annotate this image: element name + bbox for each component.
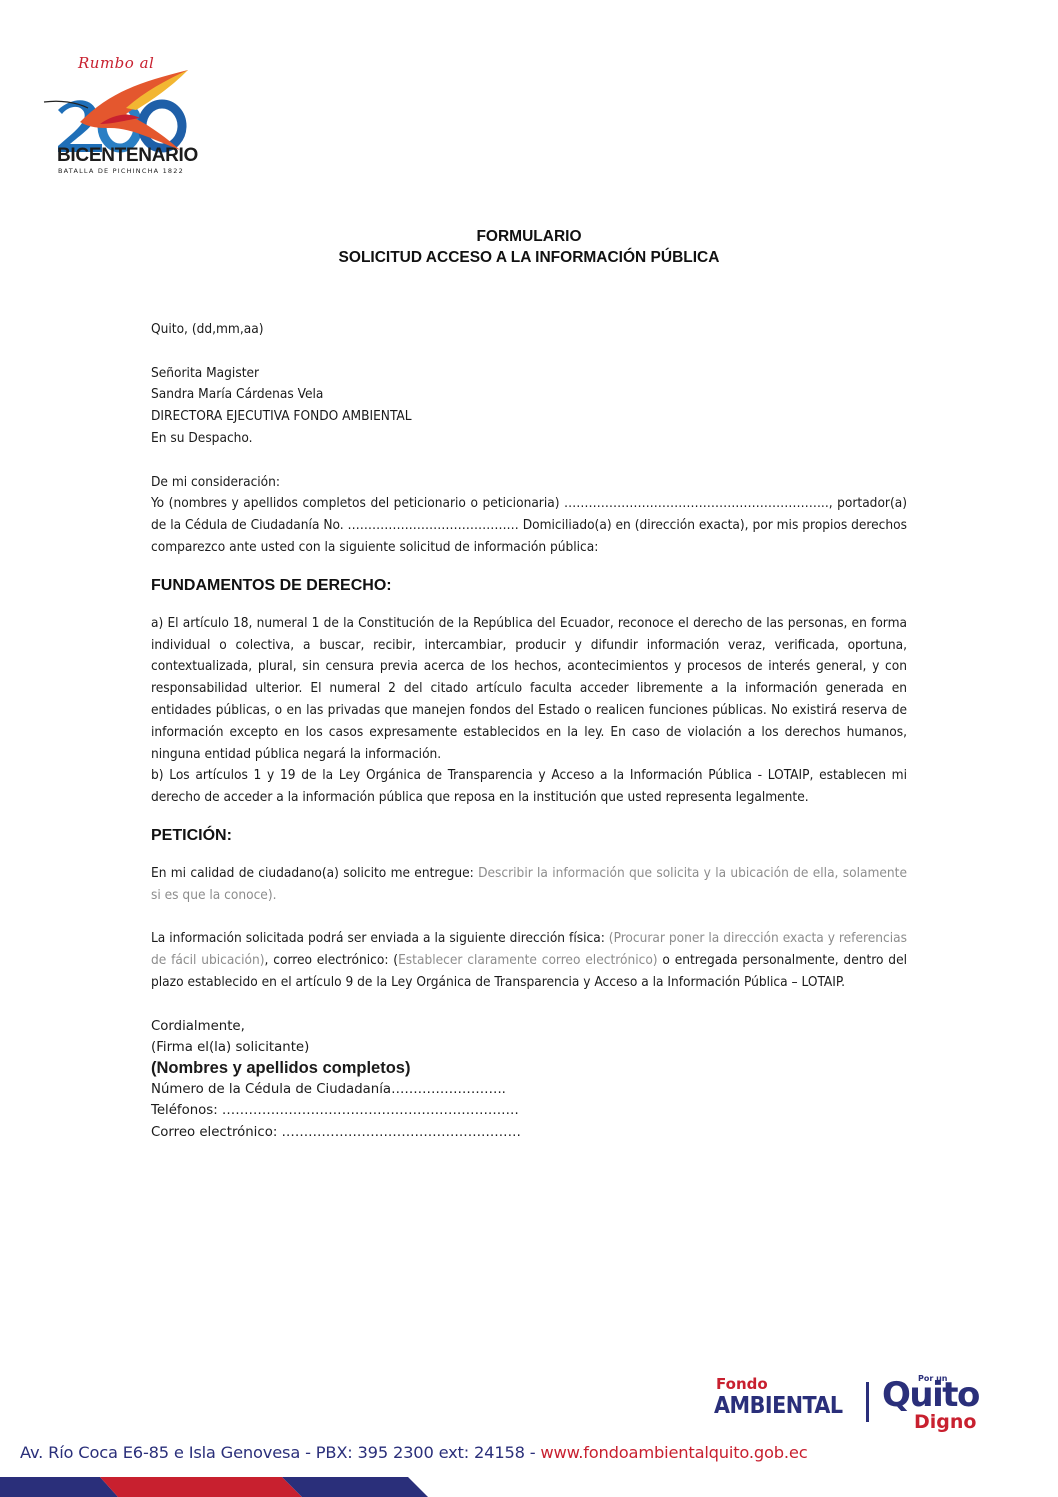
document-title: FORMULARIO SOLICITUD ACCESO A LA INFORMA… <box>0 226 1058 268</box>
signature-block: Cordialmente, (Firma el(la) solicitante)… <box>151 1016 907 1143</box>
footer-website-link[interactable]: www.fondoambientalquito.gob.ec <box>540 1443 807 1462</box>
footer-address: Av. Río Coca E6-85 e Isla Genovesa - PBX… <box>20 1443 807 1462</box>
bicentenario-logo: Rumbo al BICENTENARIO BATALLA DE PICHINC… <box>40 52 195 177</box>
peticion-heading: PETICIÓN: <box>151 821 907 851</box>
intro-paragraph: Yo (nombres y apellidos completos del pe… <box>151 493 907 558</box>
footer-stripe-decoration <box>0 1477 440 1497</box>
quito-digno-logo: Quito Por un Digno <box>880 1373 995 1435</box>
date-line: Quito, (dd,mm,aa) <box>151 319 907 341</box>
delivery-paragraph: La información solicitada podrá ser envi… <box>151 928 907 993</box>
signature-closing: Cordialmente, <box>151 1016 907 1037</box>
title-line-1: FORMULARIO <box>0 226 1058 247</box>
signature-sign-label: (Firma el(la) solicitante) <box>151 1037 907 1058</box>
recipient-salutation: Señorita Magister <box>151 363 907 385</box>
title-line-2: SOLICITUD ACCESO A LA INFORMACIÓN PÚBLIC… <box>0 247 1058 268</box>
recipient-closing: En su Despacho. <box>151 428 907 450</box>
logo-divider <box>866 1382 869 1422</box>
quito-logo-small: Por un <box>918 1374 947 1383</box>
fondo-logo-line-1: Fondo <box>716 1375 768 1393</box>
signature-phone-line: Teléfonos: …………………………………………………………. <box>151 1100 907 1121</box>
signature-name-label: (Nombres y apellidos completos) <box>151 1058 907 1079</box>
delivery-mid: , correo electrónico: ( <box>265 952 399 968</box>
logo-title: BICENTENARIO <box>57 145 198 167</box>
fundamentos-paragraph-b: b) Los artículos 1 y 19 de la Ley Orgáni… <box>151 765 907 809</box>
delivery-hint-email: Establecer claramente correo electrónico… <box>398 952 658 968</box>
signature-id-line: Número de la Cédula de Ciudadanía…………………… <box>151 1079 907 1100</box>
quito-logo-sub: Digno <box>914 1411 976 1433</box>
request-lead: En mi calidad de ciudadano(a) solicito m… <box>151 865 478 881</box>
signature-email-line: Correo electrónico: ……………………………………………… <box>151 1122 907 1143</box>
recipient-position: DIRECTORA EJECUTIVA FONDO AMBIENTAL <box>151 406 907 428</box>
greeting: De mi consideración: <box>151 472 907 494</box>
fondo-ambiental-logo: Fondo AMBIENTAL <box>714 1375 854 1423</box>
logo-subtitle: BATALLA DE PICHINCHA 1822 <box>58 167 184 175</box>
fundamentos-heading: FUNDAMENTOS DE DERECHO: <box>151 571 907 601</box>
delivery-lead: La información solicitada podrá ser envi… <box>151 930 609 946</box>
document-body: Quito, (dd,mm,aa) Señorita Magister Sand… <box>151 319 907 1143</box>
recipient-name: Sandra María Cárdenas Vela <box>151 384 907 406</box>
bicentenario-emblem-icon <box>40 62 195 157</box>
footer-address-text: Av. Río Coca E6-85 e Isla Genovesa - PBX… <box>20 1443 540 1462</box>
fondo-logo-line-2: AMBIENTAL <box>714 1393 843 1419</box>
request-paragraph: En mi calidad de ciudadano(a) solicito m… <box>151 863 907 907</box>
fundamentos-paragraph-a: a) El artículo 18, numeral 1 de la Const… <box>151 613 907 766</box>
